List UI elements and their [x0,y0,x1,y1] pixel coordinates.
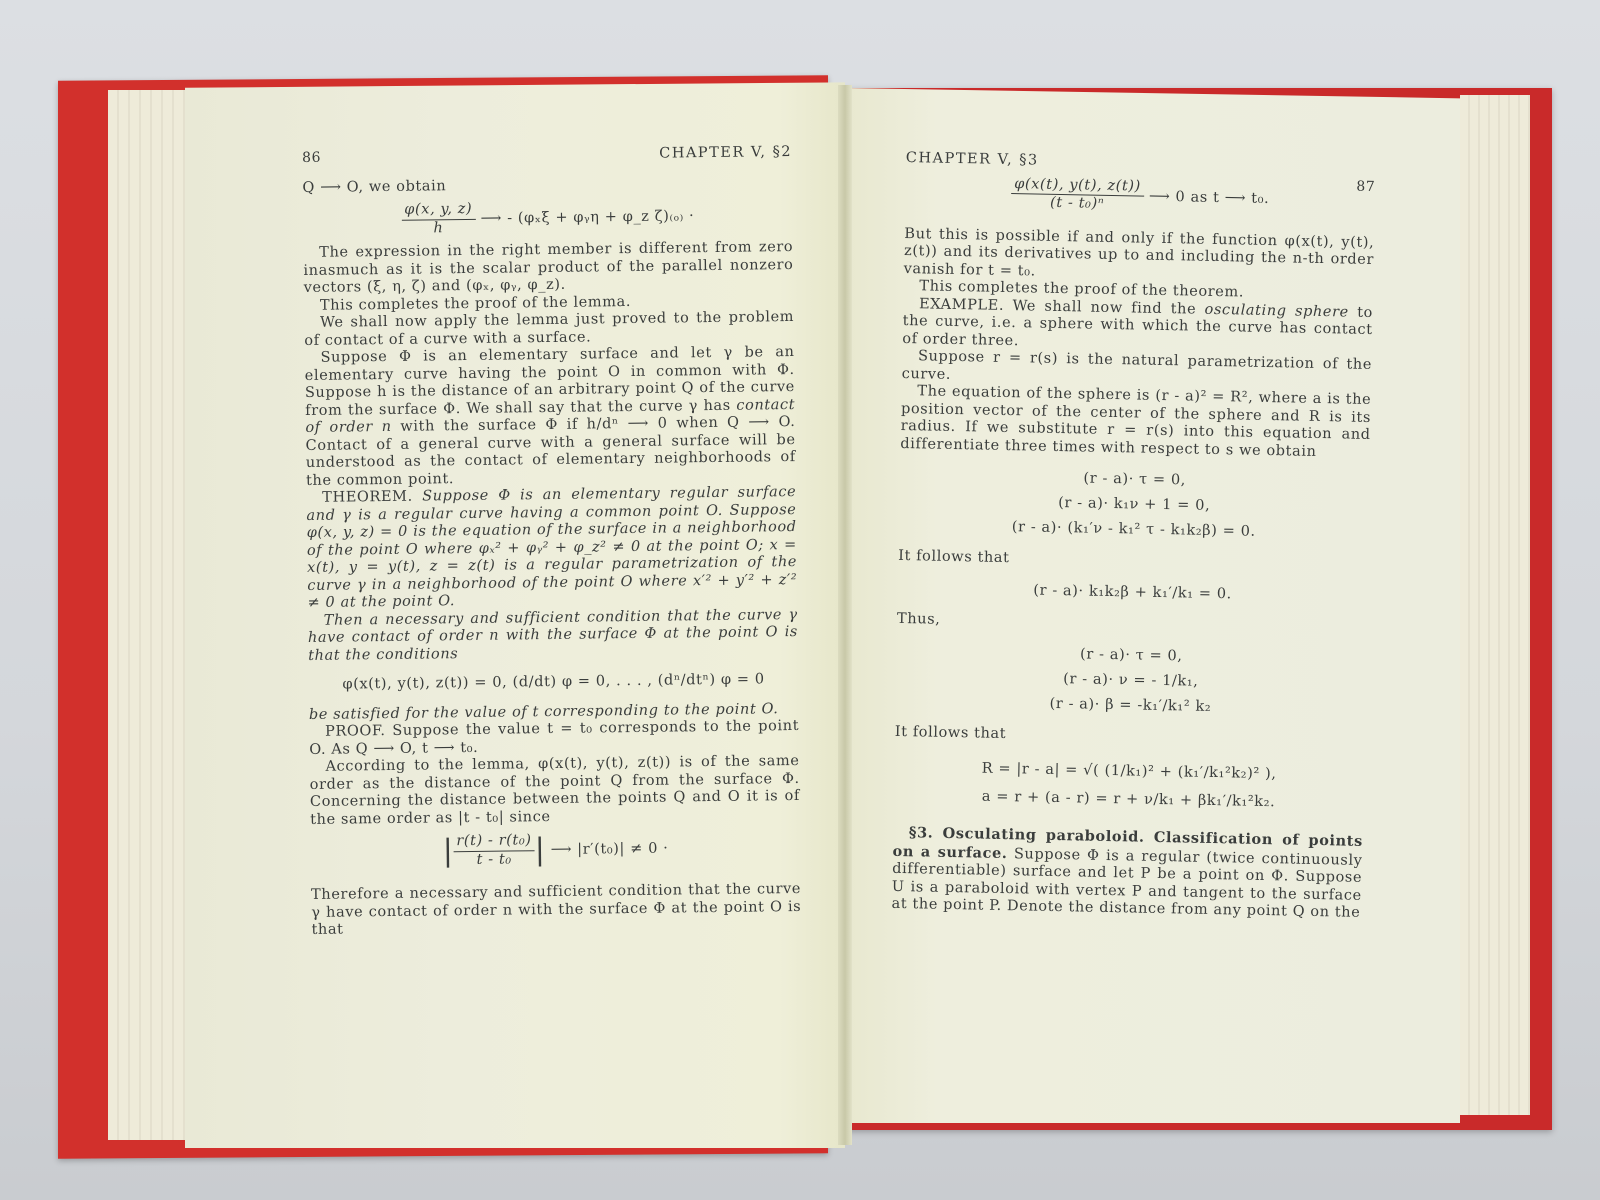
proof: PROOF. Suppose the value t = t₀ correspo… [309,718,799,759]
equation-group: (r - a)· τ = 0, (r - a)· k₁ν + 1 = 0, (r… [899,463,1370,547]
theorem: THEOREM. Suppose Φ is an elementary regu… [306,484,797,612]
paragraph: But this is possible if and only if the … [904,225,1375,287]
running-head: CHAPTER V, §2 [659,144,792,163]
paragraph: It follows that [898,548,1368,575]
equation: φ(x, y, z) h ⟶ - (φₓξ + φᵧη + φ_z ζ)₍ₒ₎ … [303,197,793,239]
paragraph: The equation of the sphere is (r - a)² =… [900,383,1371,462]
paragraph: We shall now apply the lemma just proved… [304,309,794,350]
paragraph: The expression in the right member is di… [303,239,794,297]
right-page-text: CHAPTER V, §3 87 φ(x(t), y(t), z(t)) (t … [891,150,1376,922]
page-number: 86 [302,150,321,168]
section-paragraph: §3. Osculating paraboloid. Classificatio… [891,824,1363,923]
fraction: φ(x, y, z) h [401,201,475,238]
running-head: CHAPTER V, §3 [906,150,1039,170]
page-number: 87 [1356,179,1375,197]
equation-group: (r - a)· τ = 0, (r - a)· ν = - 1/k₁, (r … [895,638,1366,722]
equation: R = |r - a| = √( (1/k₁)² + (k₁′/k₁²k₂)² … [894,759,1364,786]
paragraph: Therefore a necessary and sufficient con… [311,881,802,939]
left-page-text: 86 CHAPTER V, §2 Q ⟶ O, we obtain φ(x, y… [302,144,802,939]
paragraph: Thus, [897,611,1367,638]
page-edges-right [1460,95,1530,1115]
equation: | r(t) - r(t₀) t - t₀ | ⟶ |r′(t₀)| ≠ 0 · [310,829,800,871]
fraction: r(t) - r(t₀) t - t₀ [453,832,535,869]
paragraph: It follows that [895,723,1365,750]
equation: φ(x(t), y(t), z(t)) (t - t₀)ⁿ ⟶ 0 as t ⟶… [905,173,1376,218]
paragraph: According to the lemma, φ(x(t), y(t), z(… [309,753,800,829]
equation: (r - a)· k₁k₂β + k₁′/k₁ = 0. [897,579,1367,606]
equation: a = r + (a - r) = r + ν/k₁ + βk₁′/k₁²k₂. [893,786,1363,813]
paragraph: Suppose Φ is an elementary surface and l… [304,344,796,490]
fraction: φ(x(t), y(t), z(t)) (t - t₀)ⁿ [1011,176,1144,215]
example: EXAMPLE. We shall now find the osculatin… [902,295,1373,357]
book-gutter [838,85,852,1145]
equation: φ(x(t), y(t), z(t)) = 0, (d/dt) φ = 0, .… [308,671,798,694]
paragraph: Then a necessary and sufficient conditio… [308,606,799,664]
